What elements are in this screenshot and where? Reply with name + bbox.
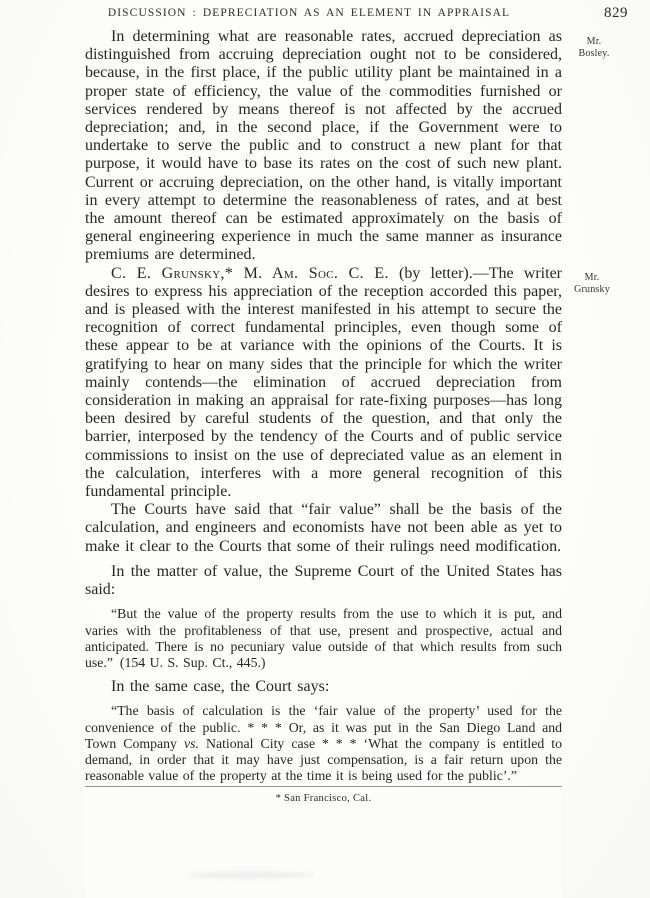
scan-artifact-smudge [185,872,315,878]
footnote-divider-rule [85,786,562,787]
margin-note-bosley: Mr. Bosley. [570,36,618,59]
author-name-smallcaps: C. E. Grunsky,* M. Am. Soc. C. E. [111,265,389,282]
body-text-column: In determining what are reasonable rates… [85,28,562,791]
book-page: DISCUSSION : DEPRECIATION AS AN ELEMENT … [0,0,650,898]
paragraph-courts-fair-value: The Courts have said that “fair value” s… [85,501,562,556]
page-number: 829 [604,5,628,22]
blockquote-san-diego-case: “The basis of calculation is the ‘fair v… [85,703,562,784]
page-header: DISCUSSION : DEPRECIATION AS AN ELEMENT … [0,7,650,27]
paragraph-supreme-court-intro: In the matter of value, the Supreme Cour… [85,563,562,599]
paragraph-same-case-intro: In the same case, the Court says: [85,678,562,696]
paragraph-grunsky-letter: C. E. Grunsky,* M. Am. Soc. C. E. (by le… [85,265,562,502]
footnote-san-francisco: * San Francisco, Cal. [85,793,562,804]
margin-note-grunsky: Mr. Grunsky [568,272,616,295]
blockquote-supreme-court: “But the value of the property results f… [85,606,562,671]
versus-abbreviation-italic: vs. [184,736,199,751]
paragraph-bosley-discussion: In determining what are reasonable rates… [85,28,562,265]
running-head-title: DISCUSSION : DEPRECIATION AS AN ELEMENT … [0,7,650,19]
footnote-area: * San Francisco, Cal. [85,786,562,898]
paragraph-grunsky-letter-text: (by letter).—The writer desires to expre… [85,265,562,500]
